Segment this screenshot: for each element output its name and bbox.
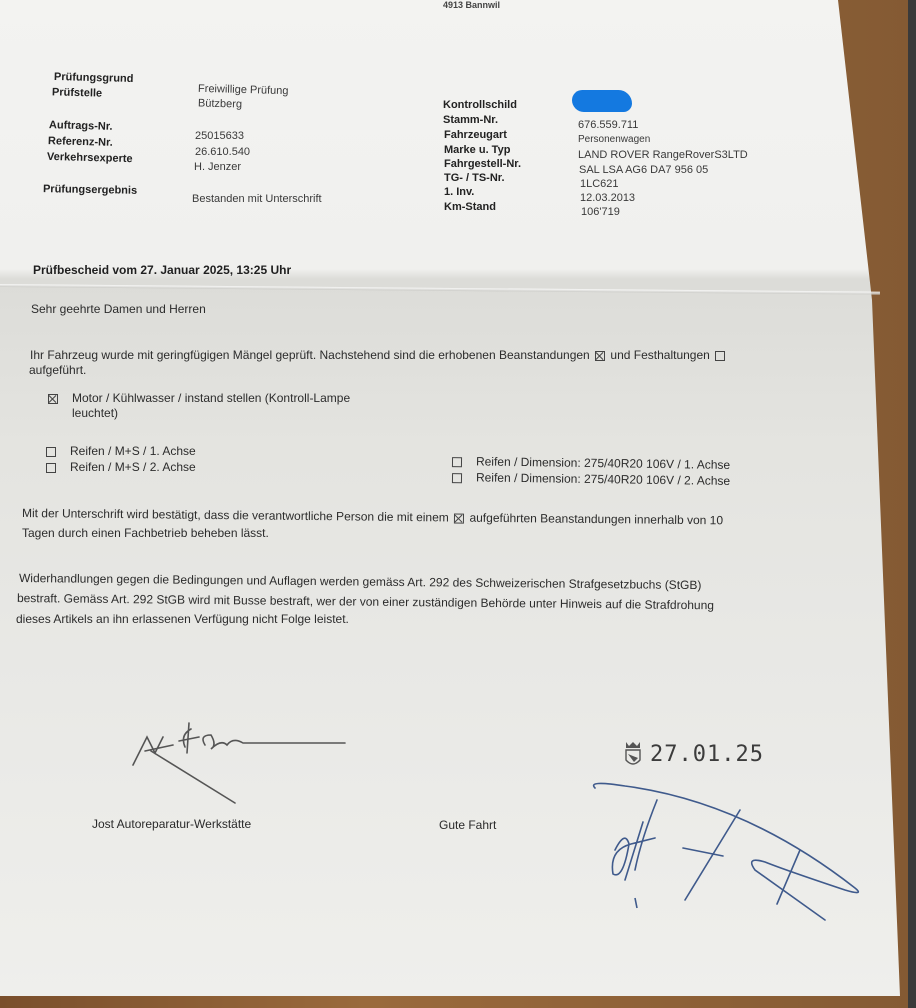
page-title: Prüfbescheid vom 27. Januar 2025, 13:25 … — [33, 263, 291, 277]
value-stamm-nr: 676.559.711 — [578, 119, 638, 131]
defect-item-continued: leuchtet) — [72, 406, 118, 420]
value-tg-ts-nr: 1LC621 — [580, 178, 619, 190]
value-referenz-nr: 26.610.540 — [195, 146, 250, 158]
value-erste-inv: 12.03.2013 — [580, 192, 635, 204]
label-stamm-nr: Stamm-Nr. — [443, 114, 498, 126]
value-verkehrsexperte: H. Jenzer — [194, 161, 241, 173]
value-pruefstelle: Bützberg — [198, 97, 242, 110]
empty-box-icon — [715, 351, 725, 361]
signature-label-office: Gute Fahrt — [439, 818, 496, 832]
checkbox-empty-icon — [46, 463, 56, 473]
defect-item: Reifen / M+S / 2. Achse — [44, 460, 196, 474]
label-tg-ts-nr: TG- / TS-Nr. — [444, 172, 505, 184]
salutation: Sehr geehrte Damen und Herren — [31, 302, 206, 316]
checked-box-icon — [454, 513, 464, 523]
label-pruefstelle: Prüfstelle — [52, 86, 102, 99]
legal-line-3: dieses Artikels an ihn erlassenen Verfüg… — [16, 612, 349, 626]
label-fahrzeugart: Fahrzeugart — [444, 129, 507, 141]
value-marke-typ: LAND ROVER RangeRoverS3LTD — [578, 149, 748, 161]
value-pruefungsergebnis: Bestanden mit Unterschrift — [192, 193, 322, 205]
label-auftrags-nr: Auftrags-Nr. — [49, 119, 113, 133]
label-kontrollschild: Kontrollschild — [443, 99, 517, 111]
value-auftrags-nr: 25015633 — [195, 130, 244, 142]
label-pruefungsergebnis: Prüfungsergebnis — [43, 183, 137, 197]
intro-line-2: aufgeführt. — [29, 363, 86, 377]
signature-expert — [585, 780, 885, 920]
value-fahrzeugart: Personenwagen — [578, 134, 650, 145]
signature-workshop — [125, 715, 355, 815]
checkbox-empty-icon — [452, 457, 462, 467]
value-pruefungsgrund: Freiwillige Prüfung — [198, 83, 289, 97]
checkbox-empty-icon — [452, 473, 462, 483]
background-edge — [908, 0, 916, 1008]
canton-crest-icon — [624, 740, 642, 768]
stamp-date: 27.01.25 — [650, 742, 764, 767]
label-km-stand: Km-Stand — [444, 201, 496, 213]
checked-box-icon — [595, 351, 605, 361]
label-verkehrsexperte: Verkehrsexperte — [47, 151, 133, 165]
value-fahrgestell-nr: SAL LSA AG6 DA7 956 05 — [579, 164, 708, 176]
intro-text-b: und Festhaltungen — [610, 348, 709, 362]
checkbox-checked-icon — [48, 394, 58, 404]
intro-text-a: Ihr Fahrzeug wurde mit geringfügigen Män… — [30, 348, 590, 362]
confirmation-line-2: Tagen durch einen Fachbetrieb beheben lä… — [22, 526, 269, 540]
label-erste-inv: 1. Inv. — [444, 186, 474, 198]
value-km-stand: 106'719 — [581, 206, 620, 218]
signature-label-workshop: Jost Autoreparatur-Werkstätte — [92, 817, 251, 831]
label-referenz-nr: Referenz-Nr. — [48, 135, 113, 149]
date-stamp: 27.01.25 — [624, 740, 764, 768]
sender-address: 4913 Bannwil — [443, 0, 500, 10]
checkbox-empty-icon — [46, 447, 56, 457]
intro-line-1: Ihr Fahrzeug wurde mit geringfügigen Män… — [30, 348, 727, 362]
label-pruefungsgrund: Prüfungsgrund — [54, 71, 134, 85]
label-marke-typ: Marke u. Typ — [444, 144, 510, 156]
redaction-mark — [572, 90, 632, 112]
label-fahrgestell-nr: Fahrgestell-Nr. — [444, 158, 521, 170]
defect-item: Motor / Kühlwasser / instand stellen (Ko… — [46, 391, 350, 405]
defect-item: Reifen / M+S / 1. Achse — [44, 444, 196, 458]
